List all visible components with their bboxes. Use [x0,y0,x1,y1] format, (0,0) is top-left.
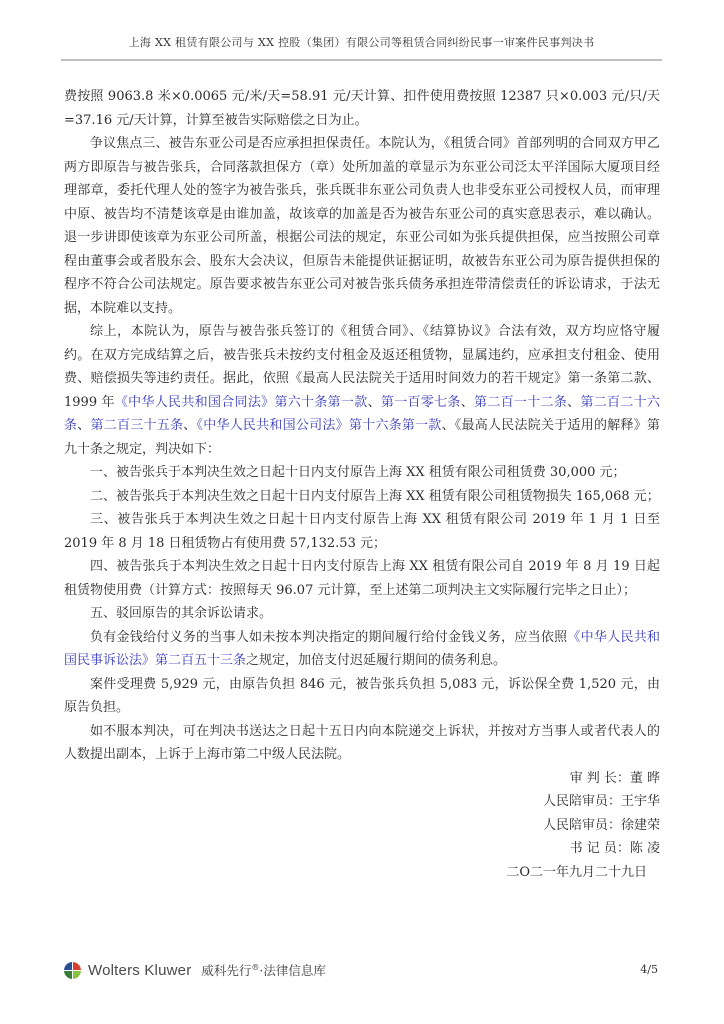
page-footer: Wolters Kluwer 威科先行®·法律信息库 4/5 [64,957,660,989]
law-reference-link[interactable]: 《中华人民共和国合同法》 [115,395,275,410]
text-segment: 五、驳回原告的其余诉讼请求。 [90,606,272,621]
paragraph: 综上，本院认为，原告与被告张兵签订的《租赁合同》、《结算协议》合法有效，双方均应… [64,320,660,461]
law-reference-link[interactable]: 第六十条第一款 [274,395,367,410]
law-reference-link[interactable]: 第二百三十五条 [91,418,184,433]
law-reference-link[interactable]: 第一百零七条 [381,395,461,410]
document-title: 上海 XX 租赁有限公司与 XX 控股（集团）有限公司等租赁合同纠纷民事一审案件… [61,34,662,50]
paragraph: 二、被告张兵于本判决生效之日起十日内支付原告上海 XX 租赁有限公司租赁物损失 … [64,485,660,509]
document-body: 费按照 9063.8 米×0.0065 元/米/天=58.91 元/天计算、扣件… [64,85,660,884]
paragraph: 负有金钱给付义务的当事人如未按本判决指定的期间履行给付金钱义务，应当依照《中华人… [64,626,660,673]
text-segment: 、 [77,418,90,433]
text-segment: 、 [183,418,196,433]
text-segment: 争议焦点三、被告东亚公司是否应承担担保责任。本院认为，《租赁合同》首部列明的合同… [64,136,660,316]
law-reference-link[interactable]: 《中华人民共和国公司法》 [196,418,348,433]
paragraph: 四、被告张兵于本判决生效之日起十日内支付原告上海 XX 租赁有限公司自 2019… [64,555,660,602]
text-segment: 三、被告张兵于本判决生效之日起十日内支付原告上海 XX 租赁有限公司 2019 … [64,512,660,551]
signer-line: 人民陪审员：徐建荣 [64,814,660,838]
law-reference-link[interactable]: 第二百一十二条 [474,395,567,410]
product-name: 威科先行®·法律信息库 [201,961,326,979]
law-reference-link[interactable]: 第二百五十三条 [155,653,246,668]
paragraph: 案件受理费 5,929 元，由原告负担 846 元，被告张兵负担 5,083 元… [64,673,660,720]
signer-line: 书 记 员：陈 凌 [64,837,660,861]
paragraph: 争议焦点三、被告东亚公司是否应承担担保责任。本院认为，《租赁合同》首部列明的合同… [64,132,660,320]
text-segment: 四、被告张兵于本判决生效之日起十日内支付原告上海 XX 租赁有限公司自 2019… [64,559,660,598]
text-segment: 、 [461,395,474,410]
wolters-kluwer-logo: Wolters Kluwer 威科先行®·法律信息库 [64,957,660,983]
judgment-page: 上海 XX 租赁有限公司与 XX 控股（集团）有限公司等租赁合同纠纷民事一审案件… [0,0,724,1024]
paragraph: 三、被告张兵于本判决生效之日起十日内支付原告上海 XX 租赁有限公司 2019 … [64,508,660,555]
product-suffix: ·法律信息库 [259,963,325,978]
text-segment: 之规定，加倍支付迟延履行期间的债务利息。 [246,653,506,668]
judgment-date: 二O二一年九月二十九日 [64,861,660,885]
signer-line: 人民陪审员：王宇华 [64,790,660,814]
text-segment: 一、被告张兵于本判决生效之日起十日内支付原告上海 XX 租赁有限公司租赁费 30… [90,465,626,480]
text-segment: 费按照 9063.8 米×0.0065 元/米/天=58.91 元/天计算、扣件… [64,89,660,128]
paragraph: 如不服本判决，可在判决书送达之日起十五日内向本院递交上诉状，并按对方当事人或者代… [64,720,660,767]
paragraph: 一、被告张兵于本判决生效之日起十日内支付原告上海 XX 租赁有限公司租赁费 30… [64,461,660,485]
text-segment: 、 [368,395,381,410]
wolters-kluwer-icon [64,962,81,979]
text-segment: 、 [567,395,580,410]
brand-name: Wolters Kluwer [88,962,191,979]
text-segment: 案件受理费 5,929 元，由原告负担 846 元，被告张兵负担 5,083 元… [64,677,660,716]
page-header: 上海 XX 租赁有限公司与 XX 控股（集团）有限公司等租赁合同纠纷民事一审案件… [61,34,662,61]
text-segment: 二、被告张兵于本判决生效之日起十日内支付原告上海 XX 租赁有限公司租赁物损失 … [90,489,660,504]
product-label: 威科先行 [201,963,251,978]
signature-block: 审 判 长：董 晔人民陪审员：王宇华人民陪审员：徐建荣书 记 员：陈 凌二O二一… [64,767,660,885]
paragraph: 费按照 9063.8 米×0.0065 元/米/天=58.91 元/天计算、扣件… [64,85,660,132]
signer-line: 审 判 长：董 晔 [64,767,660,791]
text-segment: 负有金钱给付义务的当事人如未按本判决指定的期间履行给付金钱义务，应当依照 [90,630,567,645]
paragraph: 五、驳回原告的其余诉讼请求。 [64,602,660,626]
text-segment: 如不服本判决，可在判决书送达之日起十五日内向本院递交上诉状，并按对方当事人或者代… [64,724,660,763]
law-reference-link[interactable]: 第十六条第一款 [349,418,442,433]
page-number: 4/5 [640,963,658,976]
